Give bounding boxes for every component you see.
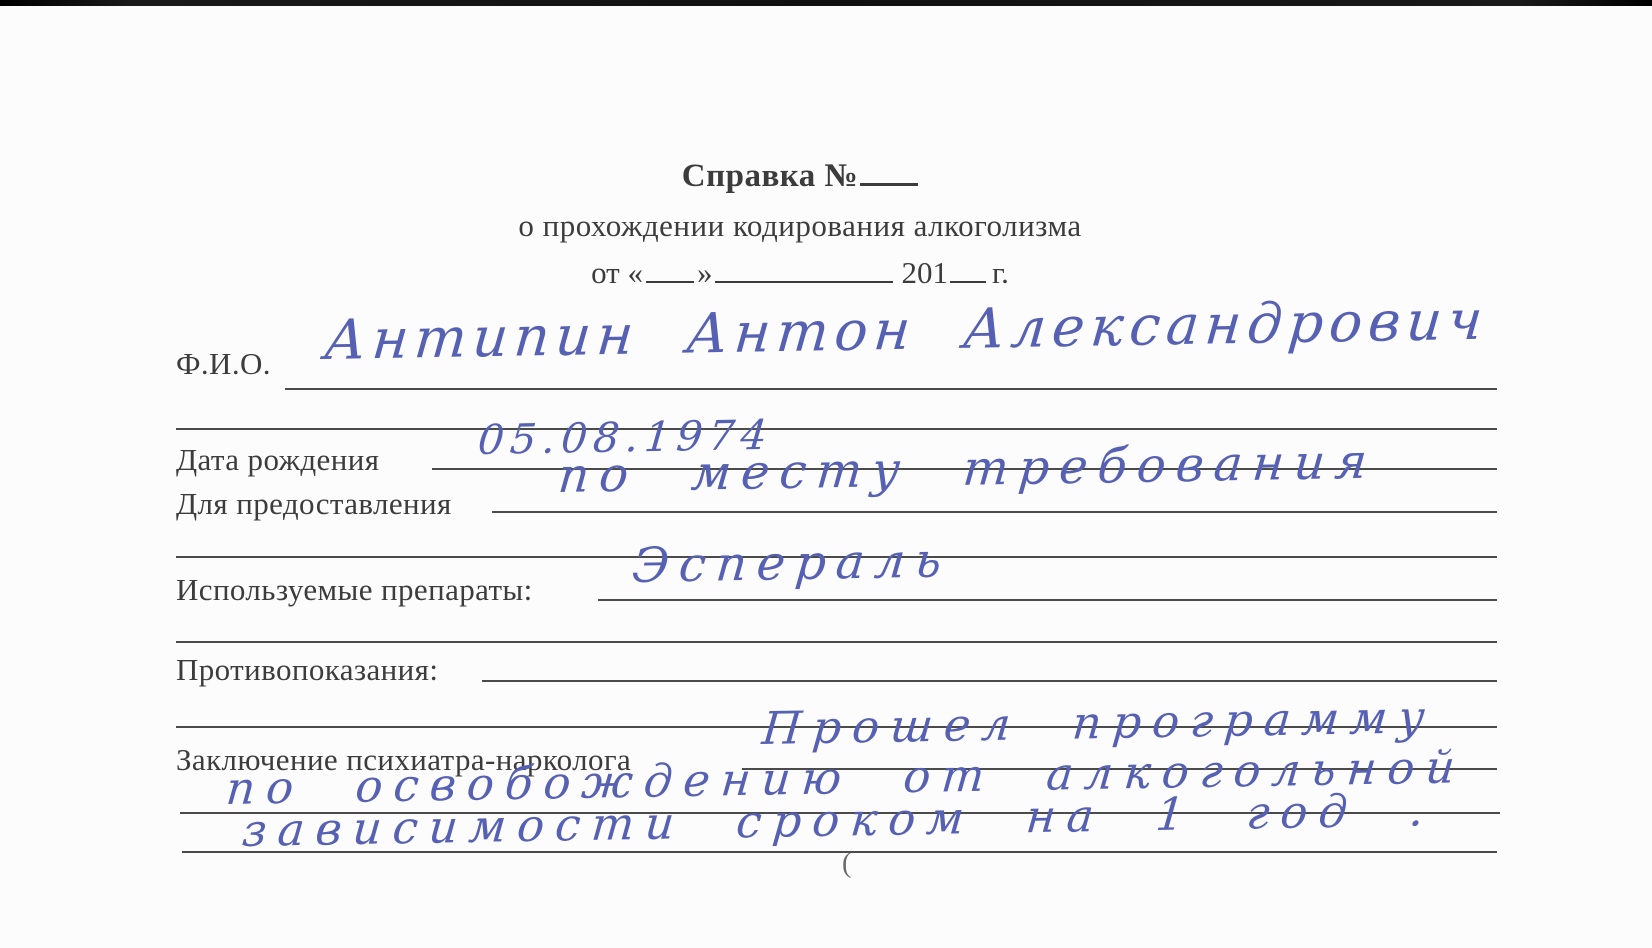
certificate-subtitle: о прохождении кодирования алкоголизма [0,208,1600,244]
handwritten-medications-value: Эспераль [630,532,954,594]
certificate-number-blank [860,159,918,186]
certificate-title: Справка № [0,158,1600,195]
scan-edge-artifact [0,0,1652,6]
certificate-date-line: от «»201г. [0,255,1600,291]
field-label-fio: Ф.И.О. [176,346,271,382]
scanned-certificate-document: Справка № о прохождении кодирования алко… [0,0,1652,948]
certificate-header: Справка № о прохождении кодирования алко… [0,158,1600,291]
date-suffix: г. [992,255,1009,290]
rule-line-contraindications [482,680,1497,682]
rule-line-fio [285,388,1497,390]
rule-line-presented-to [492,511,1497,513]
date-year-blank [950,257,986,283]
rule-line-medications-continuation [176,641,1497,643]
handwritten-fio-value: Антипин Антон Александрович [322,288,1491,372]
certificate-title-text: Справка № [682,158,858,194]
field-label-medications: Используемые препараты: [176,572,533,608]
date-prefix: от « [591,255,643,290]
date-day-blank [646,257,694,283]
stray-parenthesis-mark: ( [842,848,851,880]
date-month-blank [715,257,893,283]
rule-line-fio-continuation [176,428,1497,430]
rule-line-medications [598,599,1497,601]
date-year-prefix: 201 [901,255,948,290]
field-label-contraindications: Противопоказания: [176,652,438,688]
field-label-presented-to: Для предоставления [176,486,452,522]
date-close-quote: » [697,255,713,290]
field-label-birth-date: Дата рождения [176,442,379,478]
